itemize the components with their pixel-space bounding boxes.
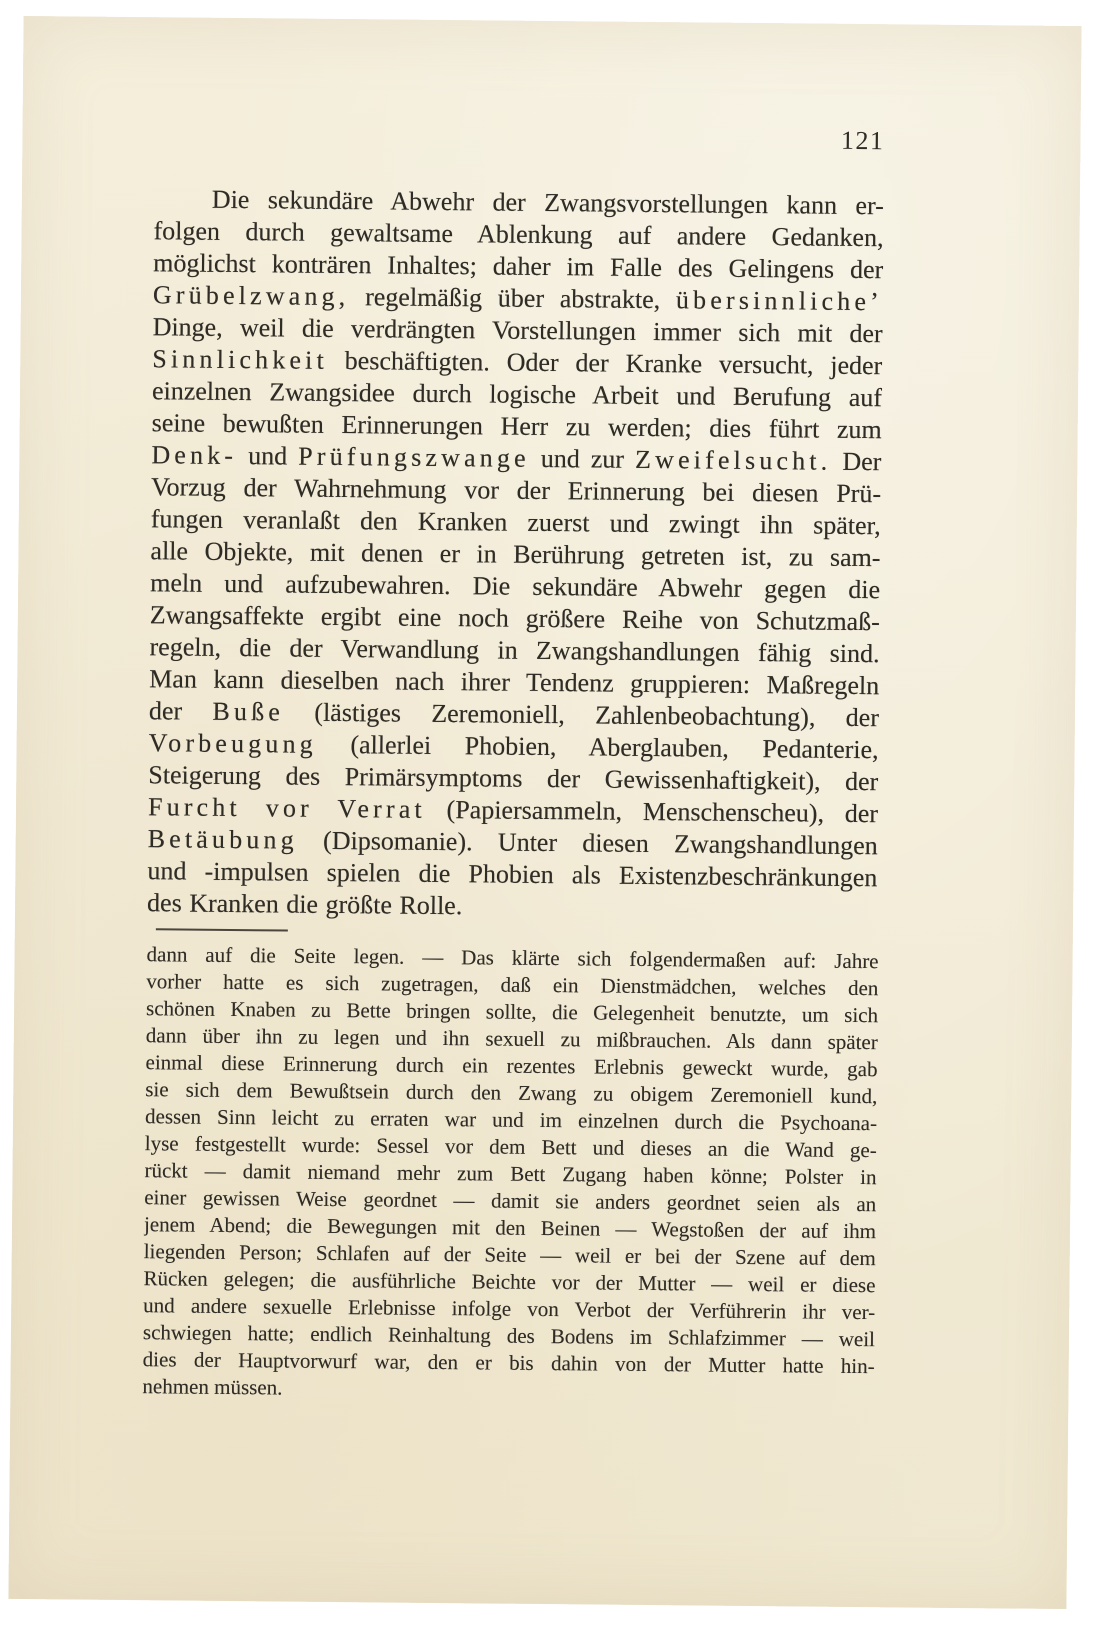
letterspaced-emphasis: Betäubung [148, 824, 298, 854]
footnote-text: dann auf die Seite legen. — Das klärte s… [142, 941, 878, 1407]
letterspaced-emphasis: Buße [212, 697, 284, 727]
page-number: 121 [841, 126, 885, 156]
letterspaced-emphasis: Furcht vor Verrat [148, 792, 426, 824]
scan-background: 121 Die sekundäre Abwehr der Zwangsvorst… [0, 0, 1096, 1626]
letterspaced-emphasis: Grübelzwang, [153, 280, 350, 311]
letterspaced-emphasis: übersinnliche’ [676, 285, 883, 316]
book-page: 121 Die sekundäre Abwehr der Zwangsvorst… [8, 16, 1081, 1609]
footnote-separator-rule [156, 928, 288, 931]
body-text: Die sekundäre Abwehr der Zwangsvorstellu… [147, 183, 884, 926]
letterspaced-emphasis: Vorbeugung [149, 728, 318, 759]
letterspaced-emphasis: Zweifelsucht. [635, 445, 832, 476]
letterspaced-emphasis: Prüfungszwange [298, 442, 530, 473]
letterspaced-emphasis: Sinnlichkeit [152, 344, 328, 375]
letterspaced-emphasis: Denk- [151, 440, 237, 470]
